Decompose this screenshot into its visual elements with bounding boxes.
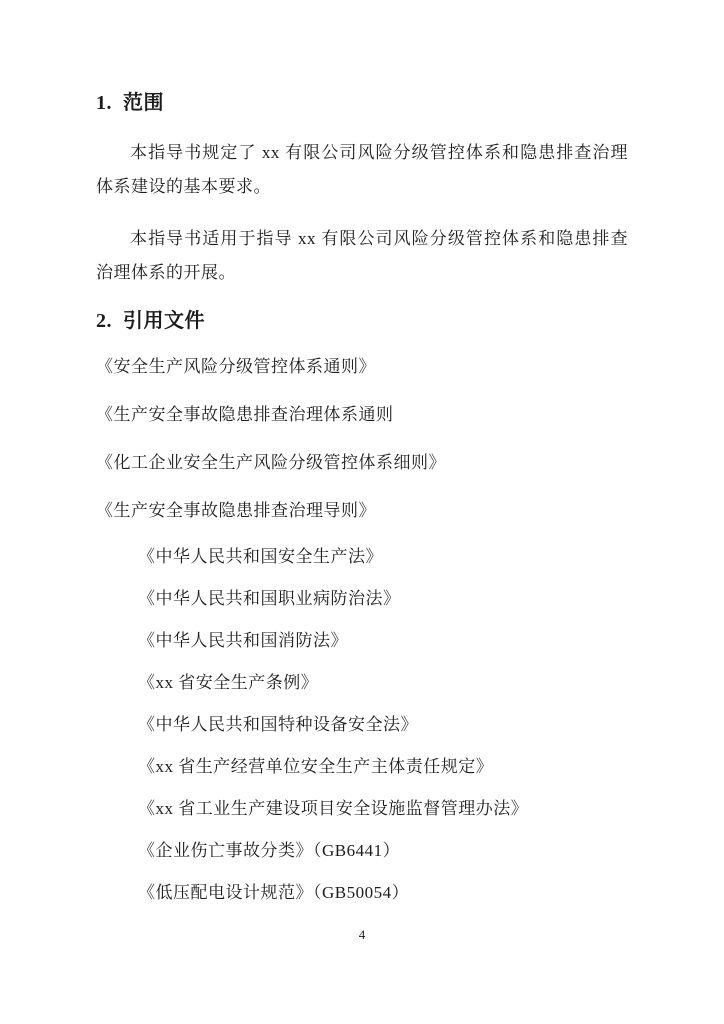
sub-reference-item: 《xx 省生产经营单位安全生产主体责任规定》 xyxy=(138,750,628,784)
scope-paragraph-2: 本指导书适用于指导 xx 有限公司风险分级管控体系和隐患排查治理体系的开展。 xyxy=(96,222,628,290)
section-2-number: 2. xyxy=(96,310,112,332)
reference-item: 《生产安全事故隐患排查治理体系通则 xyxy=(96,398,628,432)
section-1-heading: 1.范围 xyxy=(96,88,628,118)
sub-reference-item: 《中华人民共和国消防法》 xyxy=(138,624,628,658)
section-2-heading: 2.引用文件 xyxy=(96,306,628,336)
page-footer: 4 xyxy=(0,926,724,944)
sub-reference-item: 《中华人民共和国特种设备安全法》 xyxy=(138,708,628,742)
section-1-number: 1. xyxy=(96,92,112,114)
scope-paragraph-1: 本指导书规定了 xx 有限公司风险分级管控体系和隐患排查治理体系建设的基本要求。 xyxy=(96,136,628,204)
section-1-title: 范围 xyxy=(123,92,164,114)
sub-reference-item: 《低压配电设计规范》（GB50054） xyxy=(138,876,628,910)
sub-reference-item: 《中华人民共和国安全生产法》 xyxy=(138,540,628,574)
section-2-title: 引用文件 xyxy=(123,310,205,332)
sub-reference-item: 《企业伤亡事故分类》（GB6441） xyxy=(138,834,628,868)
reference-item: 《生产安全事故隐患排查治理导则》 xyxy=(96,494,628,528)
sub-reference-item: 《xx 省安全生产条例》 xyxy=(138,666,628,700)
document-page: 1.范围 本指导书规定了 xx 有限公司风险分级管控体系和隐患排查治理体系建设的… xyxy=(0,0,724,1024)
sub-reference-item: 《中华人民共和国职业病防治法》 xyxy=(138,582,628,616)
reference-item: 《安全生产风险分级管控体系通则》 xyxy=(96,350,628,384)
sub-reference-item: 《xx 省工业生产建设项目安全设施监督管理办法》 xyxy=(138,792,628,826)
page-number: 4 xyxy=(359,927,366,942)
reference-item: 《化工企业安全生产风险分级管控体系细则》 xyxy=(96,446,628,480)
